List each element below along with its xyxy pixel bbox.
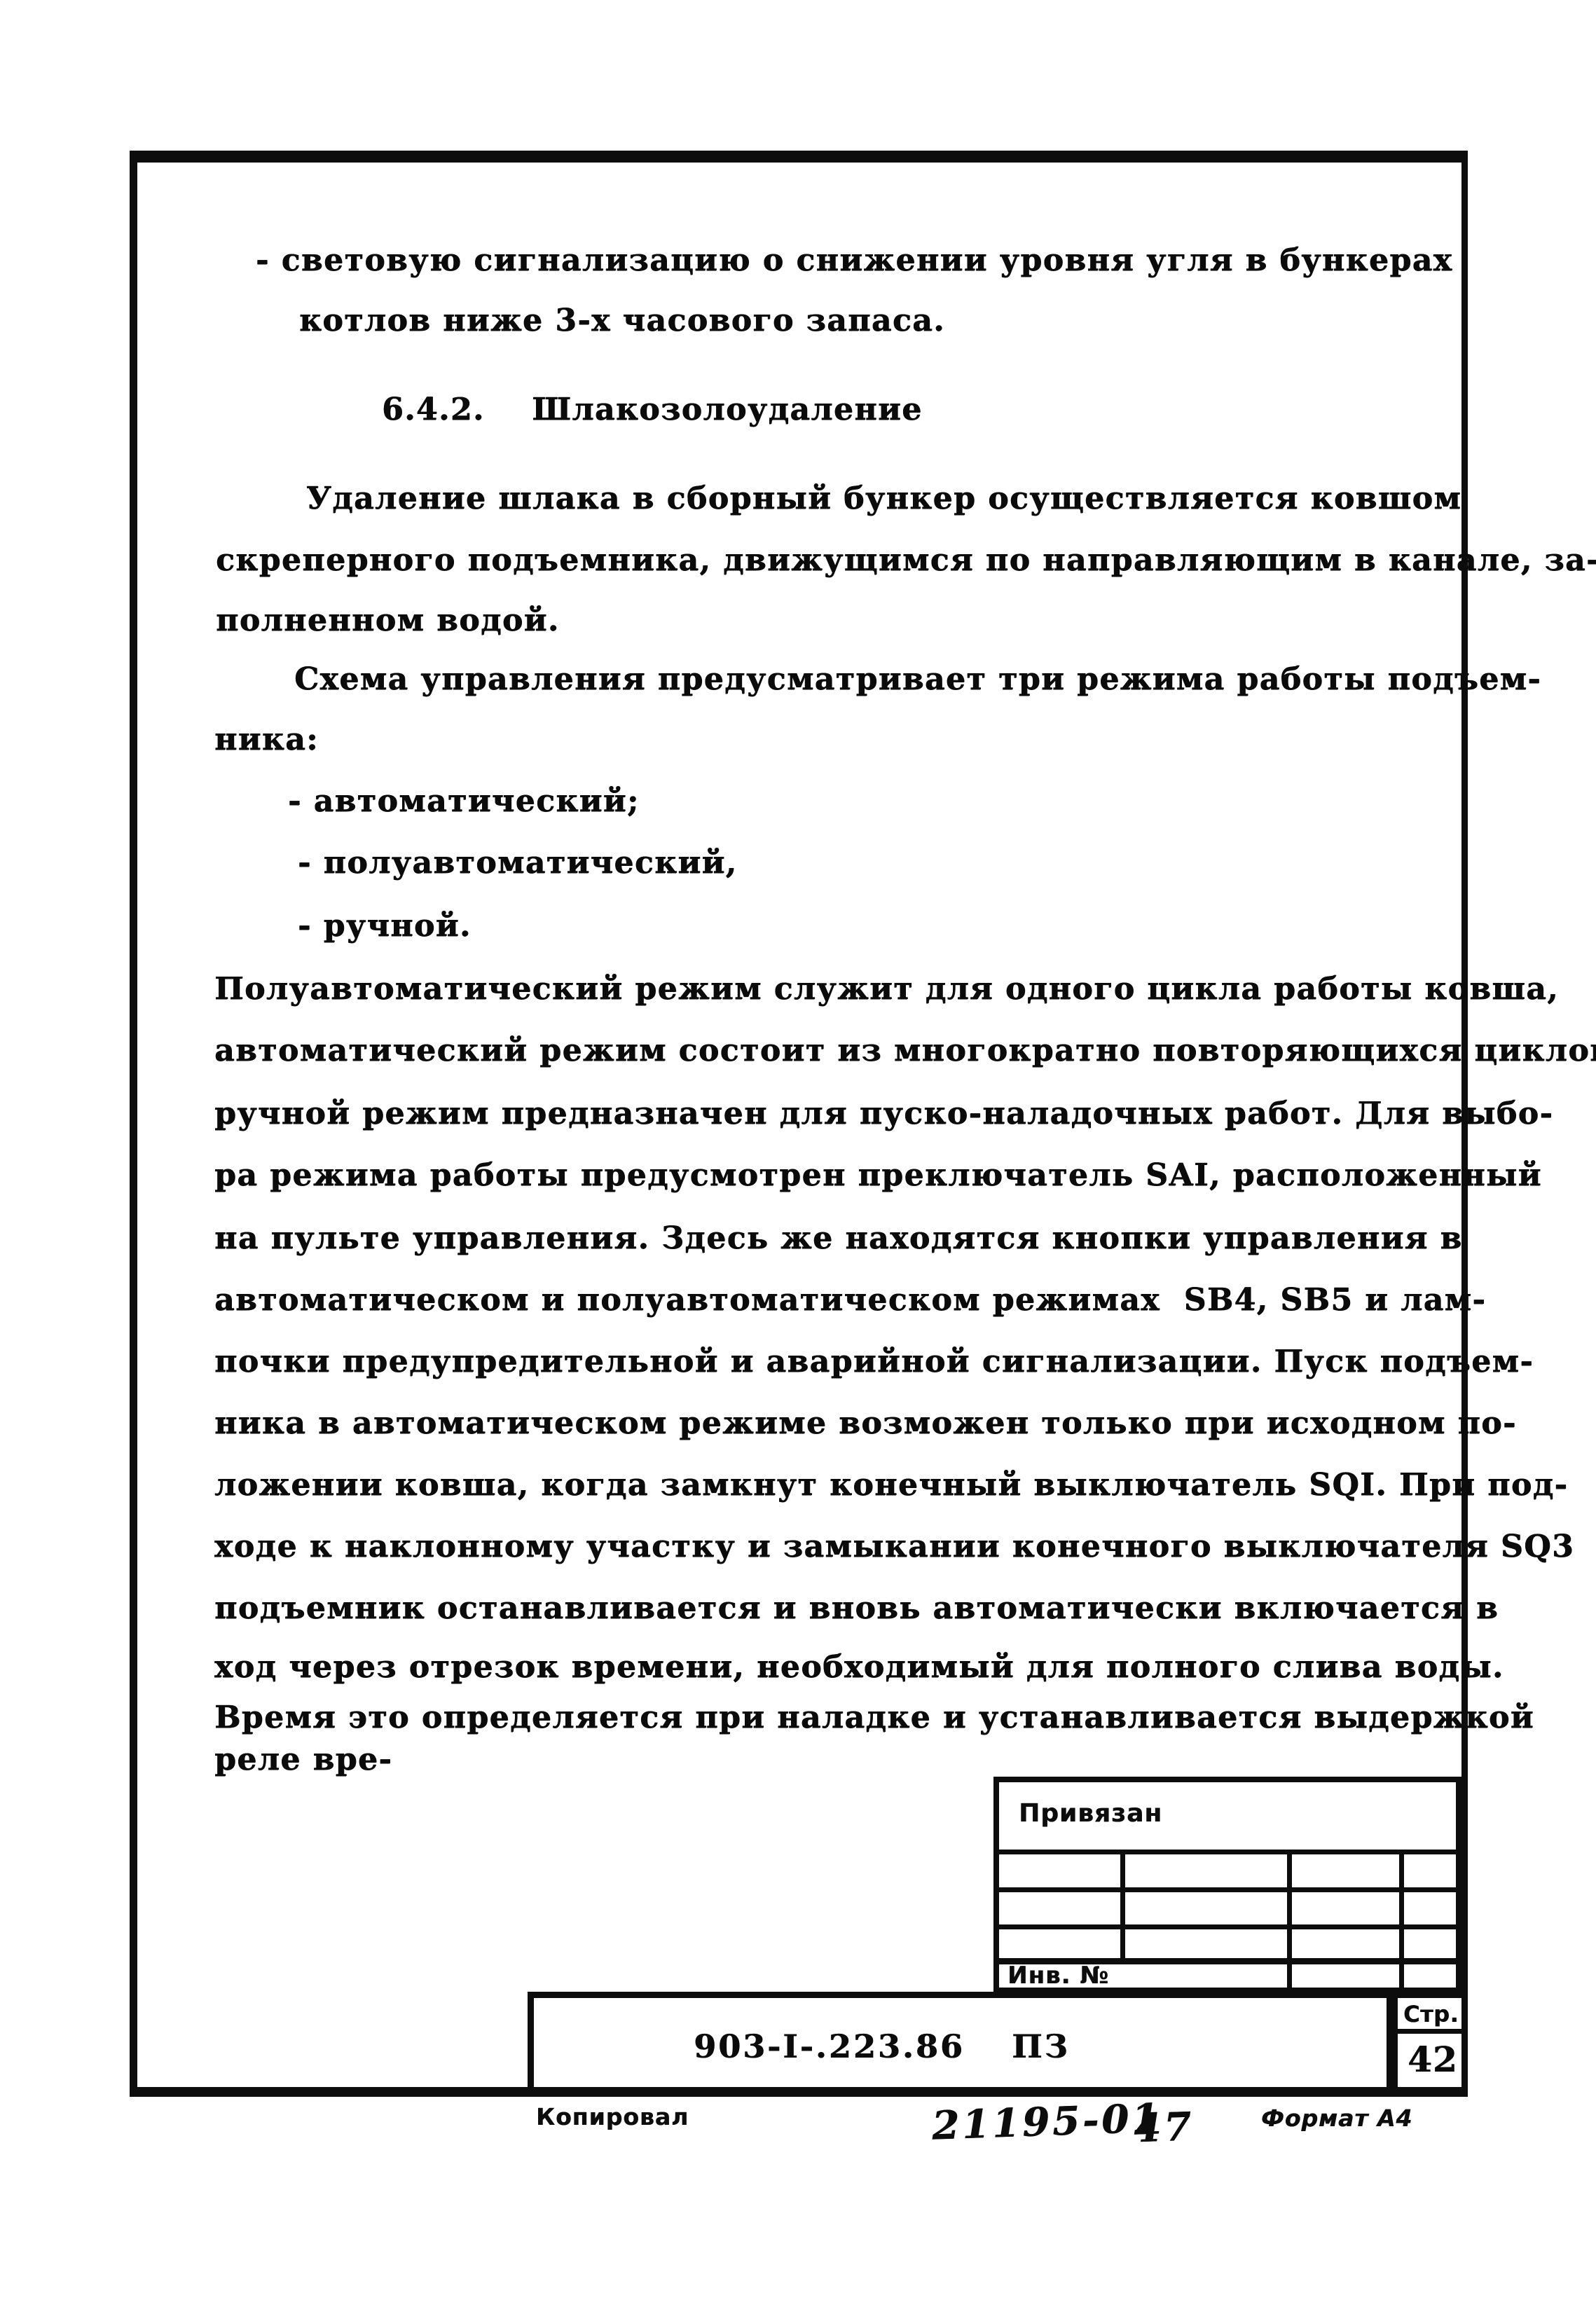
section-heading: 6.4.2. Шлакозолоудаление (382, 390, 923, 429)
text-line: полненном водой. (216, 601, 560, 640)
handwritten-order-number: 21195-01 (931, 2095, 1162, 2149)
list-item: - ручной. (298, 907, 472, 945)
text-line: ручной режим предназначен для пуско-нала… (214, 1094, 1553, 1133)
text-line: Схема управления предусматривает три реж… (294, 660, 1541, 698)
inventory-number-label: Инв. № (1007, 1962, 1109, 1990)
text-line: Полуавтоматический режим служит для одно… (214, 970, 1559, 1008)
title-block: 903-I-.223.86 ПЗ (528, 1992, 1392, 2088)
table-grid-line (1120, 1850, 1125, 1963)
text-line: почки предупредительной и аварийной сигн… (214, 1342, 1534, 1381)
text-line: автоматическом и полуавтоматическом режи… (214, 1281, 1486, 1319)
text-line: Время это определяется при наладке и уст… (214, 1698, 1534, 1737)
text-line: ника: (214, 720, 319, 759)
text-line: ника в автоматическом режиме возможен то… (214, 1404, 1517, 1442)
text-line: реле вре- (214, 1740, 392, 1779)
text-line: Удаление шлака в сборный бункер осуществ… (306, 479, 1461, 518)
paper-format-label: Формат А4 (1261, 2105, 1412, 2132)
document-number: 903-I-.223.86 (694, 2027, 965, 2065)
text-line: автоматический режим состоит из многокра… (214, 1031, 1596, 1070)
text-line: ходе к наклонному участку и замыкании ко… (214, 1527, 1574, 1566)
page-number: 42 (1408, 2039, 1458, 2080)
table-grid-line (1398, 2029, 1461, 2034)
table-grid-line (1399, 1850, 1404, 1988)
table-grid-line (999, 1850, 1456, 1854)
text-line: скреперного подъемника, движущимся по на… (216, 541, 1596, 579)
list-item: - полуавтоматический, (298, 843, 738, 882)
page-label: Стр. (1403, 2001, 1459, 2027)
scanned-document-page: - световую сигнализацию о снижении уровн… (0, 0, 1596, 2321)
document-code: ПЗ (1012, 2027, 1070, 2065)
table-grid-line (999, 1887, 1456, 1892)
page-number-block: Стр. 42 (1392, 1992, 1461, 2088)
text-line: - световую сигнализацию о снижении уровн… (256, 241, 1452, 280)
text-line: котлов ниже 3-х часового запаса. (299, 301, 945, 340)
handwritten-sheet-number: 47 (1133, 2104, 1195, 2152)
text-line: ра режима работы предусмотрен преключате… (214, 1156, 1542, 1194)
list-item: - автоматический; (288, 782, 640, 820)
text-line: ход через отрезок времени, необходимый д… (214, 1648, 1504, 1686)
table-grid-line (999, 1924, 1456, 1929)
text-line: ложении ковша, когда замкнут конечный вы… (214, 1466, 1568, 1504)
copied-by-label: Копировал (536, 2103, 689, 2130)
text-line: подъемник останавливается и вновь автома… (214, 1589, 1499, 1627)
table-grid-line (1287, 1850, 1292, 1988)
revision-table: Привязан Инв. № (993, 1777, 1461, 1993)
revision-table-title: Привязан (1019, 1799, 1162, 1828)
text-line: на пульте управления. Здесь же находятся… (214, 1219, 1463, 1258)
